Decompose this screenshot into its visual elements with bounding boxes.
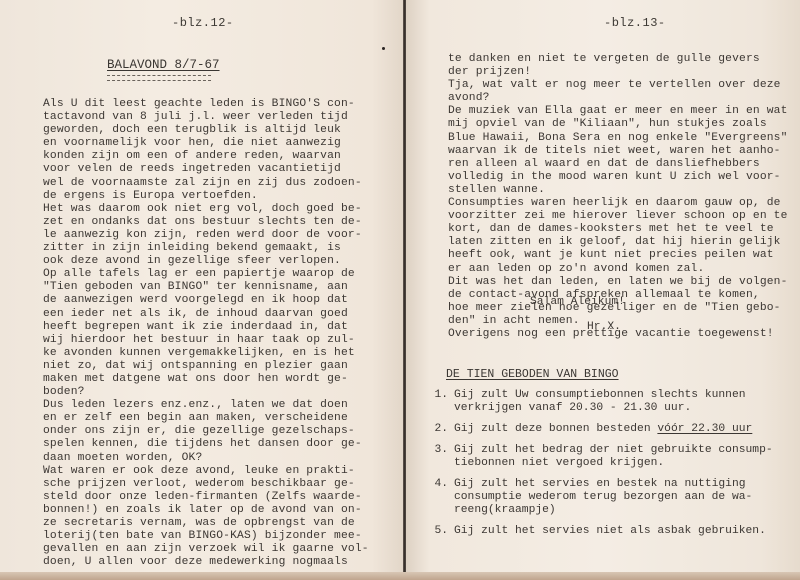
commandment-item: 3.Gij zult het bedrag der niet gebruikte… <box>420 444 773 470</box>
commandment-number: 5. <box>420 525 454 538</box>
left-page: -blz.12- BALAVOND 8/7-67 Als U dit leest… <box>0 0 404 574</box>
page-bottom-edge <box>0 572 800 580</box>
commandment-text: Gij zult het servies niet als asbak gebr… <box>454 525 766 538</box>
commandment-text: Gij zult deze bonnen besteden vóór 22.30… <box>454 423 752 436</box>
book-spine <box>403 0 406 580</box>
commandment-number: 3. <box>420 444 454 470</box>
page-number: -blz.12- <box>172 16 234 30</box>
commandment-text: Gij zult Uw consumptiebonnen slechts kun… <box>454 389 746 415</box>
commandment-text: Gij zult het servies en bestek na nuttig… <box>454 478 752 517</box>
commandment-number: 2. <box>420 423 454 436</box>
commandment-item: 1.Gij zult Uw consumptiebonnen slechts k… <box>420 389 773 415</box>
page-number: -blz.13- <box>604 16 666 30</box>
booklet-spread: -blz.12- BALAVOND 8/7-67 Als U dit leest… <box>0 0 800 580</box>
commandment-number: 4. <box>420 478 454 517</box>
author-signature: Hr.X. <box>587 321 621 333</box>
commandment-number: 1. <box>420 389 454 415</box>
article-heading: BALAVOND 8/7-67 <box>107 58 220 72</box>
commandment-item: 5.Gij zult het servies niet als asbak ge… <box>420 525 773 538</box>
commandment-text: Gij zult het bedrag der niet gebruikte c… <box>454 444 773 470</box>
underlined-deadline: vóór 22.30 uur <box>657 423 752 435</box>
commandments-title: DE TIEN GEBODEN VAN BINGO <box>446 368 619 381</box>
commandment-item: 2.Gij zult deze bonnen besteden vóór 22.… <box>420 423 773 436</box>
commandment-item: 4.Gij zult het servies en bestek na nutt… <box>420 478 773 517</box>
greeting: Salam Aleikum! <box>530 296 625 308</box>
heading-double-rule <box>107 75 211 81</box>
commandments-list: 1.Gij zult Uw consumptiebonnen slechts k… <box>420 389 773 546</box>
right-page: -blz.13- te danken en niet te vergeten d… <box>406 0 800 574</box>
ink-dot <box>382 47 385 50</box>
article-body: Als U dit leest geachte leden is BINGO'S… <box>43 98 369 569</box>
